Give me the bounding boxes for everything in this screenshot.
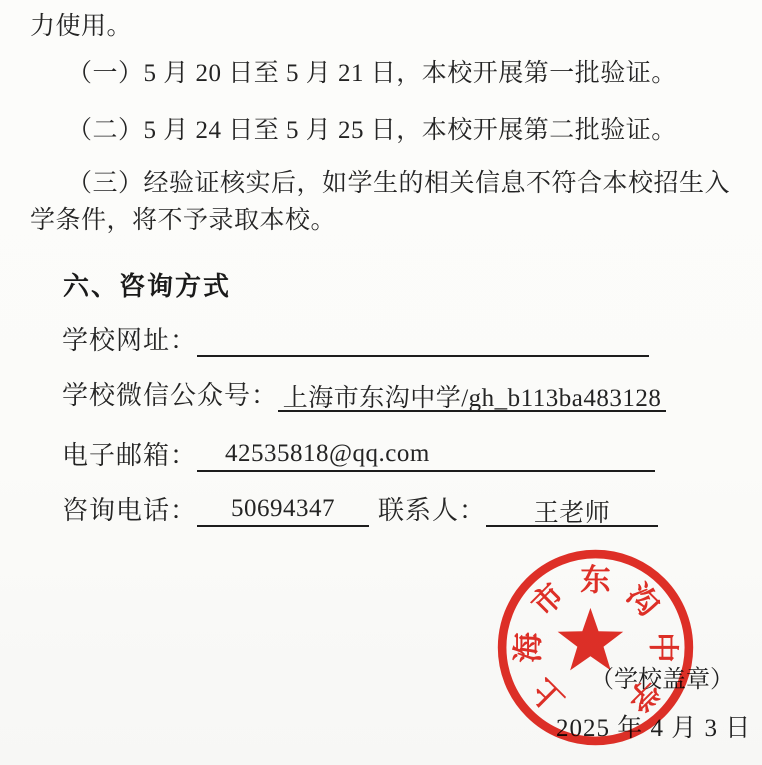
- wechat-label: 学校微信公众号：: [62, 375, 278, 412]
- phone-label: 咨询电话：: [62, 490, 197, 527]
- school-seal: 上 海 市 东 沟 中 学: [494, 546, 697, 749]
- seal-char-6: 中: [645, 632, 679, 662]
- field-row-phone: 咨询电话： 50694347 联系人： 王老师: [62, 491, 658, 527]
- contact-person-underline: 王老师: [486, 493, 658, 527]
- paragraph-batch-2: （二）5 月 24 日至 5 月 25 日，本校开展第二批验证。: [30, 112, 734, 149]
- wechat-underline: 上海市东沟中学/gh_b113ba483128: [278, 378, 666, 412]
- email-label: 电子邮箱：: [62, 435, 197, 472]
- phone-underline: 50694347: [197, 493, 369, 527]
- website-underline: [197, 323, 649, 357]
- phone-value: 50694347: [231, 495, 335, 522]
- seal-char-4: 东: [580, 564, 611, 598]
- field-row-website: 学校网址：: [62, 321, 649, 357]
- section-heading-consultation: 六、咨询方式: [63, 266, 231, 303]
- wechat-value: 上海市东沟中学/gh_b113ba483128: [283, 385, 662, 412]
- contact-person-value: 王老师: [534, 500, 611, 527]
- document-page: 力使用。 （一）5 月 20 日至 5 月 21 日，本校开展第一批验证。 （二…: [0, 0, 762, 765]
- website-label: 学校网址：: [62, 320, 197, 357]
- paragraph-fragment: 力使用。: [30, 8, 734, 45]
- seal-star-icon: [558, 608, 624, 670]
- field-row-wechat: 学校微信公众号： 上海市东沟中学/gh_b113ba483128: [62, 376, 666, 412]
- contact-person-label: 联系人：: [378, 490, 486, 527]
- paragraph-batch-1: （一）5 月 20 日至 5 月 21 日，本校开展第一批验证。: [30, 55, 734, 92]
- email-value: 42535818@qq.com: [225, 440, 430, 467]
- email-underline: 42535818@qq.com: [197, 438, 655, 472]
- field-row-email: 电子邮箱： 42535818@qq.com: [62, 436, 655, 472]
- paragraph-verification-note: （三）经验证核实后，如学生的相关信息不符合本校招生入学条件，将不予录取本校。: [30, 165, 734, 239]
- seal-char-2: 海: [512, 632, 546, 663]
